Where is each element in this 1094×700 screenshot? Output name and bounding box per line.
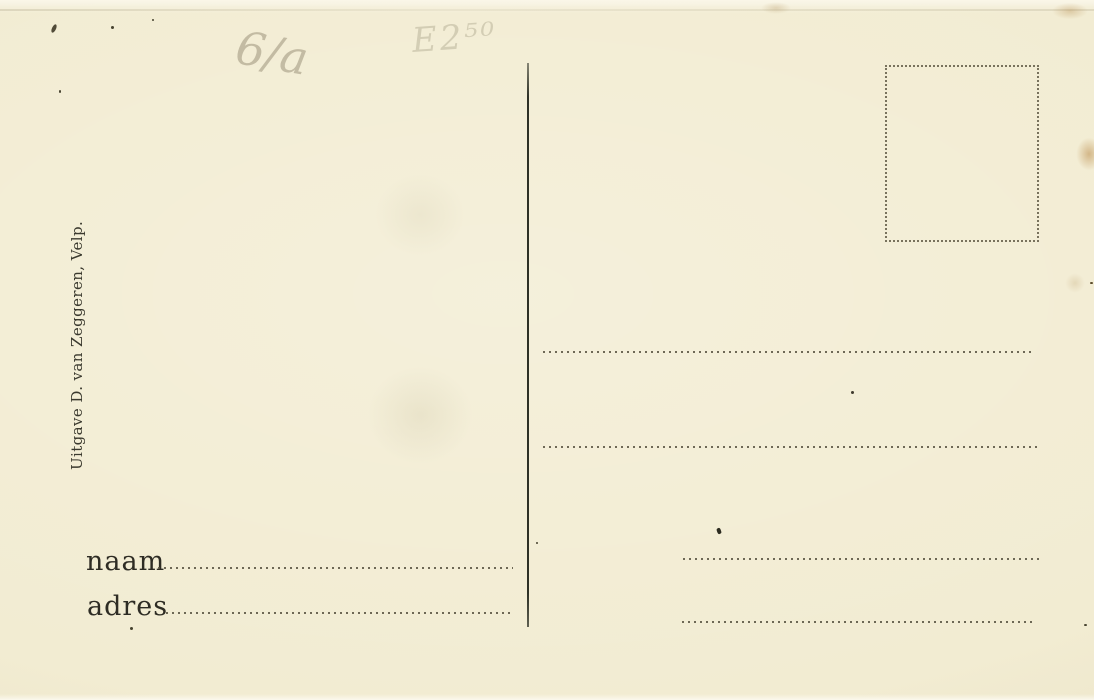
address-label: adres [87, 593, 168, 620]
paper-speck [59, 90, 61, 93]
paper-speck [1084, 624, 1087, 626]
name-writing-line [158, 567, 513, 569]
paper-speck [111, 26, 114, 29]
pencil-annotation-top-left: 6/a [232, 20, 312, 86]
name-label: naam [86, 548, 165, 575]
address-writing-line-3 [683, 558, 1039, 560]
card-bottom-edge [0, 694, 1094, 700]
address-writing-line-1 [543, 351, 1033, 353]
foxing-stain [756, 0, 796, 16]
foxing-stain [1046, 0, 1094, 22]
stamp-box [885, 65, 1039, 242]
pencil-annotation-top-center: E2⁵⁰ [411, 15, 499, 61]
card-top-edge [0, 0, 1094, 7]
foxing-stain [1062, 270, 1088, 296]
paper-speck [152, 19, 154, 21]
postcard-back: Uitgave D. van Zeggeren, Velp. naam adre… [0, 0, 1094, 700]
ghost-smudge [360, 160, 480, 270]
address-writing-line-4 [682, 621, 1034, 623]
paper-speck [851, 391, 854, 394]
address-writing-line [166, 612, 512, 614]
address-writing-line-2 [543, 446, 1039, 448]
ghost-smudge [350, 350, 490, 480]
paper-speck [1090, 282, 1093, 284]
center-divider-line [527, 63, 529, 627]
paper-speck [50, 24, 57, 34]
paper-speck [130, 627, 133, 630]
foxing-stain [1072, 132, 1094, 176]
publisher-imprint: Uitgave D. van Zeggeren, Velp. [68, 230, 92, 470]
ink-dot [716, 527, 722, 534]
paper-speck [536, 542, 538, 544]
top-crease-line [0, 9, 1094, 11]
